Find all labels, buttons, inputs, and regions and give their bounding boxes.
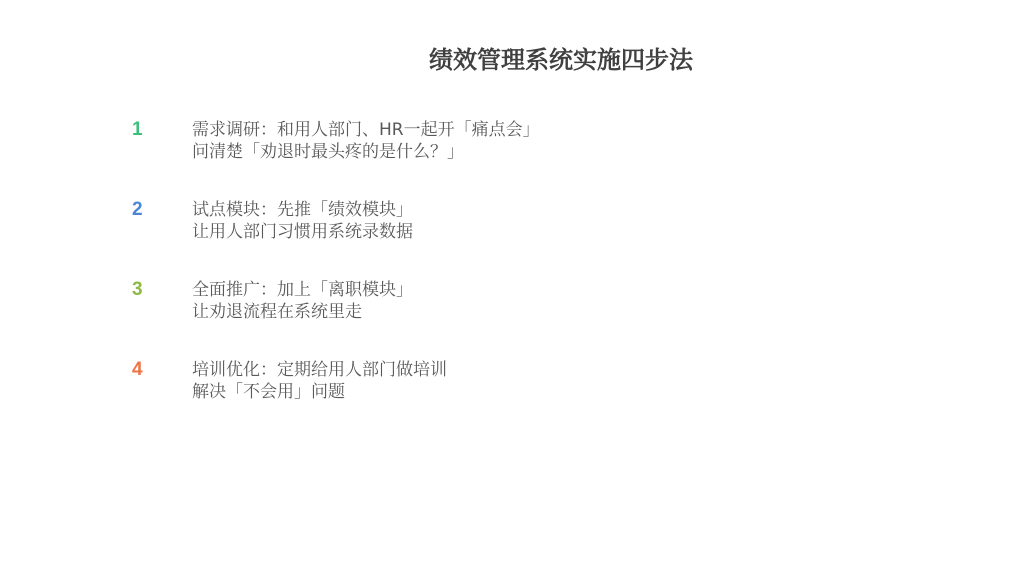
step-2: 2 试点模块：先推「绩效模块」 让用人部门习惯用系统录数据 <box>132 199 832 249</box>
page-title: 绩效管理系统实施四步法 <box>0 40 1024 75</box>
step-4: 4 培训优化：定期给用人部门做培训 解决「不会用」问题 <box>132 359 832 409</box>
step-title-line: 试点模块：先推「绩效模块」 <box>192 199 413 221</box>
step-detail-line: 问清楚「劝退时最头疼的是什么？」 <box>192 141 540 163</box>
step-number: 2 <box>132 199 143 221</box>
step-detail-line: 让劝退流程在系统里走 <box>192 301 413 323</box>
step-3: 3 全面推广：加上「离职模块」 让劝退流程在系统里走 <box>132 279 832 329</box>
step-description: 全面推广：加上「离职模块」 让劝退流程在系统里走 <box>192 279 413 323</box>
step-title-line: 全面推广：加上「离职模块」 <box>192 279 413 301</box>
step-number: 1 <box>132 119 143 141</box>
step-detail-line: 让用人部门习惯用系统录数据 <box>192 221 413 243</box>
step-description: 需求调研：和用人部门、HR一起开「痛点会」 问清楚「劝退时最头疼的是什么？」 <box>192 119 540 163</box>
step-title-line: 培训优化：定期给用人部门做培训 <box>192 359 447 381</box>
step-number: 3 <box>132 279 143 301</box>
step-number: 4 <box>132 359 143 381</box>
step-description: 试点模块：先推「绩效模块」 让用人部门习惯用系统录数据 <box>192 199 413 243</box>
step-description: 培训优化：定期给用人部门做培训 解决「不会用」问题 <box>192 359 447 403</box>
step-title-line: 需求调研：和用人部门、HR一起开「痛点会」 <box>192 119 540 141</box>
step-detail-line: 解决「不会用」问题 <box>192 381 447 403</box>
step-1: 1 需求调研：和用人部门、HR一起开「痛点会」 问清楚「劝退时最头疼的是什么？」 <box>132 119 832 169</box>
